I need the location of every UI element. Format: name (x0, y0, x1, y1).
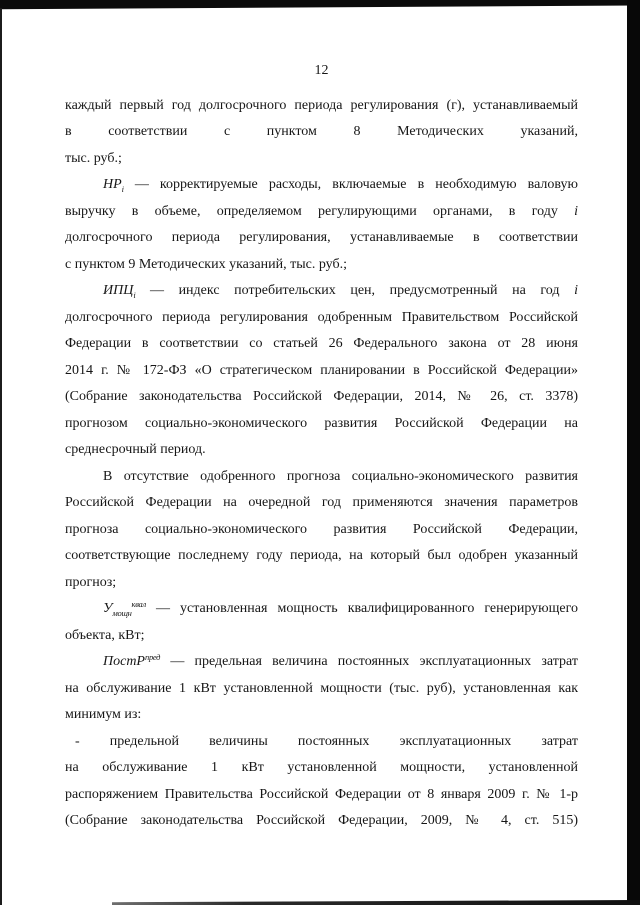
formula-script: пред (145, 652, 160, 662)
text-line: Умощнквал — установленная мощность квали… (65, 596, 578, 623)
formula-symbol: i (574, 204, 578, 219)
formula-symbol: ИПЦ (103, 283, 133, 298)
text-line: среднесрочный период. (65, 437, 578, 464)
scan-border-bottom (112, 900, 640, 905)
text-line: соответствующие последнему году периода,… (65, 543, 578, 570)
text-line: с пунктом 9 Методических указаний, тыс. … (65, 252, 578, 279)
text-line: тыс. руб.; (65, 146, 578, 173)
text-line: прогноз; (65, 570, 578, 597)
text-line: объекта, кВт; (65, 623, 578, 650)
text-line: Федерации в соответствии со статьей 26 Ф… (65, 331, 578, 358)
document-body: каждый первый год долгосрочного периода … (65, 93, 578, 835)
text-line: (Собрание законодательства Российской Фе… (65, 384, 578, 411)
formula-symbol: У (103, 601, 112, 616)
formula-symbol: i (574, 283, 578, 298)
text-line: 2014 г. № 172-ФЗ «О стратегическом плани… (65, 358, 578, 385)
formula-script: i (133, 290, 135, 300)
text-line: минимум из: (65, 702, 578, 729)
formula-symbol: ПостР (103, 654, 145, 669)
text-line: - предельной величины постоянных эксплуа… (65, 729, 578, 756)
text-line: В отсутствие одобренного прогноза социал… (65, 464, 578, 491)
text-line: в соответствии с пунктом 8 Методических … (65, 119, 578, 146)
text-line: (Собрание законодательства Российской Фе… (65, 808, 578, 835)
text-line: выручку в объеме, определяемом регулирую… (65, 199, 578, 226)
text-line: ИПЦi — индекс потребительских цен, преду… (65, 278, 578, 305)
text-line: НРi — корректируемые расходы, включаемые… (65, 172, 578, 199)
formula-script: i (122, 184, 124, 194)
scan-border-right (627, 0, 640, 905)
text-line: долгосрочного периода регулирования, уст… (65, 225, 578, 252)
text-line: на обслуживание 1 кВт установленной мощн… (65, 676, 578, 703)
text-line: прогнозом социально-экономического разви… (65, 411, 578, 438)
page-number: 12 (65, 58, 578, 85)
text-line: прогноза социально-экономического развит… (65, 517, 578, 544)
text-line: на обслуживание 1 кВт установленной мощн… (65, 755, 578, 782)
text-line: ПостРпред — предельная величина постоянн… (65, 649, 578, 676)
page-content: 12 каждый первый год долгосрочного перио… (65, 0, 578, 835)
formula-script: квал (132, 599, 146, 609)
scan-border-left (0, 8, 2, 905)
formula-symbol: НР (103, 177, 122, 192)
text-line: распоряжением Правительства Российской Ф… (65, 782, 578, 809)
text-line: долгосрочного периода регулирования одоб… (65, 305, 578, 332)
formula-script: мощн (112, 608, 131, 618)
text-line: каждый первый год долгосрочного периода … (65, 93, 578, 120)
text-line: Российской Федерации на очередной год пр… (65, 490, 578, 517)
